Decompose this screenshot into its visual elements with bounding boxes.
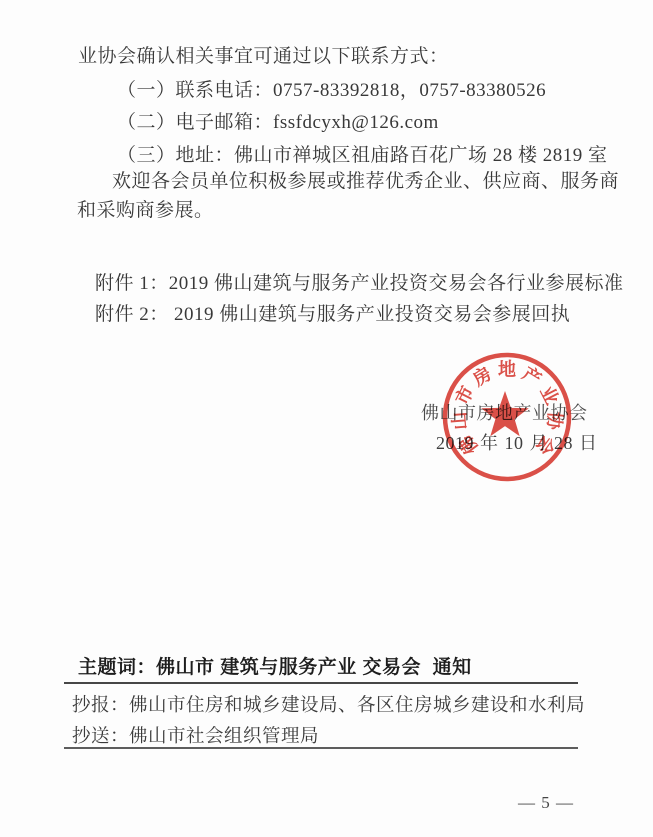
attachment-line-2: 附件 2： 2019 佛山建筑与服务产业投资交易会参展回执 (95, 304, 570, 327)
footer-copy-send-line: 抄送：佛山市社会组织管理局 (72, 726, 319, 748)
footer-divider-bottom (64, 747, 578, 749)
contact-email-line: （二）电子邮箱：fssfdcyxh@126.com (117, 112, 439, 135)
body-line: 欢迎各会员单位积极参展或推荐优秀企业、供应商、服务商 (112, 171, 619, 194)
contact-phone-line: （一）联系电话：0757-83392818，0757-83380526 (117, 80, 546, 103)
page-number: — 5 — (518, 793, 574, 813)
footer-copy-report-line: 抄报：佛山市住房和城乡建设局、各区住房城乡建设和水利局 (72, 695, 585, 717)
footer-divider-top (64, 682, 578, 684)
svg-text:山: 山 (449, 411, 470, 431)
svg-text:地: 地 (498, 359, 516, 380)
scanned-document-page: 业协会确认相关事宜可通过以下联系方式： （一）联系电话：0757-8339281… (0, 0, 653, 837)
attachment-line-1: 附件 1：2019 佛山建筑与服务产业投资交易会各行业参展标准 (95, 273, 624, 296)
svg-text:协: 协 (544, 411, 566, 432)
official-seal: 佛山市房地产业协会 (422, 332, 592, 502)
svg-text:业: 业 (536, 383, 562, 408)
seal-star-icon (481, 391, 529, 436)
body-line: 业协会确认相关事宜可通过以下联系方式： (78, 46, 449, 69)
footer-subject-keywords: 主题词：佛山市 建筑与服务产业 交易会 通知 (78, 657, 472, 680)
body-line: 和采购商参展。 (77, 200, 214, 223)
contact-address-line: （三）地址：佛山市禅城区祖庙路百花广场 28 楼 2819 室 (117, 145, 608, 168)
